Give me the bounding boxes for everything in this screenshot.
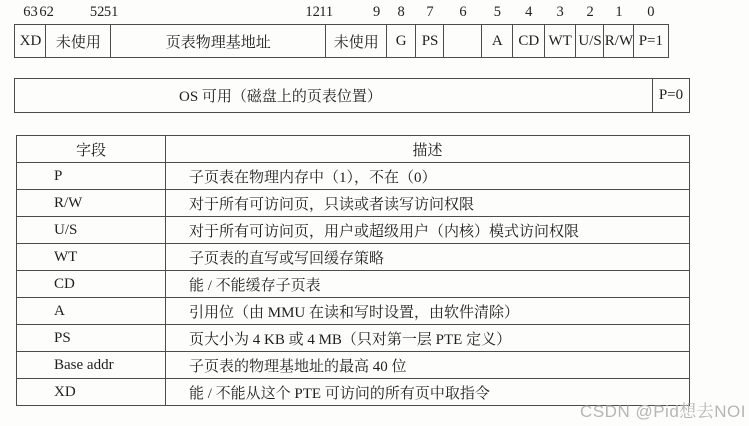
bit-field-bar: XD63未使用6252页表物理基地址5112未使用119G8PS76A5CD4W… (14, 24, 669, 58)
pte-not-present-bar: OS 可用（磁盘上的页表位置） P=0 (14, 78, 690, 113)
bit-cell-label: WT (548, 33, 571, 50)
desc-column-header: 描述 (166, 136, 690, 163)
table-body: P子页表在物理内存中（1），不在（0）R/W对于所有可访问页，只读或者读写访问权… (17, 163, 690, 406)
bit-number: 9 (373, 4, 380, 21)
desc-cell: 子页表在物理内存中（1），不在（0） (166, 163, 690, 190)
bit-number: 52 (90, 4, 105, 21)
bit-number: 11 (319, 4, 333, 21)
bit-number: 51 (104, 4, 119, 21)
bit-number: 6 (459, 4, 466, 21)
bit-cell-wt: WT3 (544, 24, 577, 58)
bit-cell-unused-low: 未使用119 (325, 24, 387, 58)
field-cell: A (17, 298, 166, 325)
table-row: Base addr子页表的物理基地址的最高 40 位 (17, 352, 690, 379)
bit-number: 4 (525, 4, 532, 21)
bit-cell-label: G (396, 33, 407, 50)
bit-cell-reserved-bit6: 6 (443, 24, 482, 58)
p0-cell: P=0 (653, 79, 689, 112)
bit-cell-label: PS (422, 33, 439, 50)
desc-cell: 子页表的直写或写回缓存策略 (166, 244, 690, 271)
bit-cell-label: 页表物理基地址 (166, 31, 271, 52)
pte-figure-page: XD63未使用6252页表物理基地址5112未使用119G8PS76A5CD4W… (0, 0, 749, 426)
field-cell: PS (17, 325, 166, 352)
bit-cell-cd: CD4 (512, 24, 545, 58)
bit-cell-us: U/S2 (575, 24, 605, 58)
bit-number: 8 (398, 4, 405, 21)
bit-number: 62 (39, 4, 54, 21)
bit-number: 5 (494, 4, 501, 21)
bit-cell-base-addr: 页表物理基地址5112 (110, 24, 327, 58)
bit-cell-a: A5 (481, 24, 514, 58)
bit-number: 1 (615, 4, 622, 21)
table-row: WT子页表的直写或写回缓存策略 (17, 244, 690, 271)
field-cell: XD (17, 379, 166, 406)
bit-cell-label: A (492, 33, 503, 50)
field-cell: R/W (17, 190, 166, 217)
bit-cell-label: XD (20, 33, 42, 50)
bit-cell-label: CD (518, 33, 539, 50)
bit-number: 63 (23, 4, 38, 21)
field-cell: Base addr (17, 352, 166, 379)
desc-cell: 对于所有可访问页，用户或超级用户（内核）模式访问权限 (166, 217, 690, 244)
table-row: PS页大小为 4 KB 或 4 MB（只对第一层 PTE 定义） (17, 325, 690, 352)
bit-cell-label: U/S (578, 33, 601, 50)
bit-cell-label: R/W (605, 33, 633, 50)
desc-cell: 对于所有可访问页，只读或者读写访问权限 (166, 190, 690, 217)
bit-cell-label: 未使用 (334, 31, 379, 52)
bit-number: 2 (586, 4, 593, 21)
table-row: A引用位（由 MMU 在读和写时设置，由软件清除） (17, 298, 690, 325)
desc-cell: 能 / 不能从这个 PTE 可访问的所有页中取指令 (166, 379, 690, 406)
field-column-header: 字段 (17, 136, 166, 163)
bit-cell-label: 未使用 (56, 31, 101, 52)
desc-cell: 能 / 不能缓存子页表 (166, 271, 690, 298)
bit-cell-rw: R/W1 (603, 24, 634, 58)
os-available-label: OS 可用（磁盘上的页表位置） (179, 85, 382, 106)
table-row: CD能 / 不能缓存子页表 (17, 271, 690, 298)
table-row: U/S对于所有可访问页，用户或超级用户（内核）模式访问权限 (17, 217, 690, 244)
field-cell: WT (17, 244, 166, 271)
bit-number: 7 (426, 4, 433, 21)
bit-cell-label: P=1 (639, 33, 663, 50)
bit-number: 0 (647, 4, 654, 21)
bit-cell-ps: PS7 (415, 24, 445, 58)
bit-number: 3 (557, 4, 564, 21)
os-available-cell: OS 可用（磁盘上的页表位置） (15, 79, 653, 112)
field-cell: P (17, 163, 166, 190)
bit-cell-p1: P=10 (633, 24, 669, 58)
field-cell: CD (17, 271, 166, 298)
table-row: XD能 / 不能从这个 PTE 可访问的所有页中取指令 (17, 379, 690, 406)
bit-cell-xd: XD63 (14, 24, 47, 58)
desc-cell: 子页表的物理基地址的最高 40 位 (166, 352, 690, 379)
desc-cell: 引用位（由 MMU 在读和写时设置，由软件清除） (166, 298, 690, 325)
table-header-row: 字段 描述 (17, 136, 690, 163)
bit-cell-g: G8 (386, 24, 417, 58)
table-row: R/W对于所有可访问页，只读或者读写访问权限 (17, 190, 690, 217)
field-cell: U/S (17, 217, 166, 244)
fields-table: 字段 描述 P子页表在物理内存中（1），不在（0）R/W对于所有可访问页，只读或… (16, 135, 690, 406)
table-row: P子页表在物理内存中（1），不在（0） (17, 163, 690, 190)
bit-cell-unused-high: 未使用6252 (45, 24, 111, 58)
p0-label: P=0 (659, 87, 683, 104)
bit-number: 12 (305, 4, 320, 21)
desc-cell: 页大小为 4 KB 或 4 MB（只对第一层 PTE 定义） (166, 325, 690, 352)
